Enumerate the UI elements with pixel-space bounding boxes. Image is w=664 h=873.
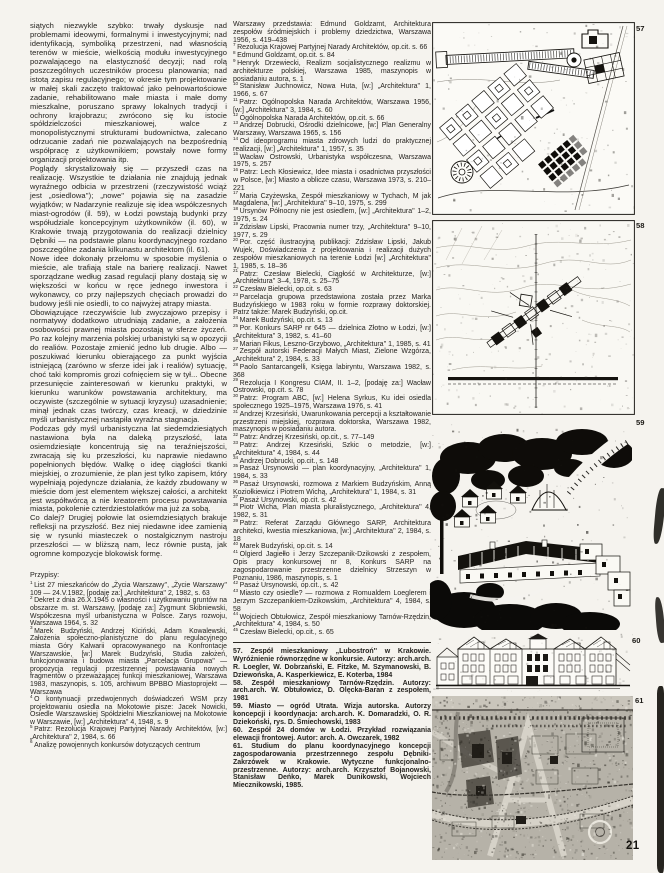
footnote-item: 20Por. część ilustracyjną publikacji: Zd… xyxy=(233,239,431,270)
footnote-item: 4O kontynuacji przedwojennych doświadcze… xyxy=(30,696,227,726)
figure-58-label: 58 xyxy=(636,221,644,230)
footnote-text: Ursynów Północny nie jest osiedlem, [w:]… xyxy=(233,208,431,223)
footnote-number: 20 xyxy=(233,237,238,242)
figure-61-image xyxy=(432,696,633,860)
journal-page: siątych niezwykle szybko: trwały dyskusj… xyxy=(0,0,664,873)
footnote-text: Patrz: Program ABC, [w:] Helena Syrkus, … xyxy=(233,395,431,410)
footnote-text: Paolo Santarcangelli, Księga labiryntu, … xyxy=(233,364,431,379)
paragraph: Co dalej? Drugiej połowie lat osiemdzies… xyxy=(30,514,227,559)
footnote-item: 13Andrzej Dobrucki, Ośrodki dzielnicowe,… xyxy=(233,122,431,138)
footnote-item: 8Edmund Goldzamt, op.cit. s. 84 xyxy=(233,52,431,60)
footnote-text: Maria Czyżewska, Zespół mieszkaniowy w T… xyxy=(233,193,431,208)
footnote-number: 8 xyxy=(233,50,236,55)
footnote-item: 38Piotr Wicha, Plan miasta pluralistyczn… xyxy=(233,504,431,520)
footnote-item: 36Pasaż Ursynowski, rozmowa z Markiem Bu… xyxy=(233,481,431,497)
footnote-text: Edmund Goldzamt, op.cit. s. 84 xyxy=(237,52,335,59)
footnote-number: 4 xyxy=(30,694,33,699)
figure-captions: 57. Zespół mieszkaniowy „Lubostroń'' w K… xyxy=(233,648,431,790)
footnote-item: 31Andrzej Krzesiński, Uwarunkowania perc… xyxy=(233,411,431,434)
footnote-item: 35Pasaż Ursynowski — plan koordynacyjny,… xyxy=(233,465,431,481)
footnote-text: Pasaż Ursynowski, rozmowa z Markiem Budz… xyxy=(233,481,431,496)
caption-item: 61. Studium do planu koordynacyjnego kon… xyxy=(233,743,431,790)
footnote-number: 2 xyxy=(30,595,33,600)
figure-59-image xyxy=(430,424,632,630)
footnote-number: 32 xyxy=(233,432,238,437)
article-body: siątych niezwykle szybko: trwały dyskusj… xyxy=(30,22,227,559)
footnote-text: Pasaż Ursynowski, op.cit. s. 42 xyxy=(240,497,337,504)
footnote-text: Patrz: Andrzej Krzesiński, op.cit., s. 7… xyxy=(240,434,375,441)
footnote-number: 19 xyxy=(233,221,238,226)
footnote-text: Patrz: Czesław Bielecki, Ciągłość w Arch… xyxy=(233,271,431,286)
footnote-item: 16Patrz: Lech Kłosiewicz, Idee miasta i … xyxy=(233,169,431,192)
footnote-text: Marek Budzyński, Andrzej Kiciński, Adam … xyxy=(30,628,227,696)
footnote-number: 14 xyxy=(233,136,238,141)
figure-59 xyxy=(430,424,632,630)
figure-61 xyxy=(432,696,633,860)
paragraph: Nowe idee dokonały przełomu w sposobie m… xyxy=(30,255,227,309)
caption-text: Miasto — ogród Utrata. Wizja autorska. A… xyxy=(233,703,431,726)
footnote-item: 19Zdzisław Lipski, Pracownia numer trzy,… xyxy=(233,224,431,240)
paragraph: Obowiązujące rzeczywiście lub zwyczajowo… xyxy=(30,309,227,425)
paragraph: Poglądy skrystalizowały się — przyszedł … xyxy=(30,165,227,255)
footnote-item: 41Olgierd Jagiełło i Jerzy Szczepanik-Dz… xyxy=(233,551,431,582)
caption-item: 60. Zespół 24 domów w Łodzi. Przykład ro… xyxy=(233,727,431,743)
footnote-text: Zespół autorski Federacji Małych Miast, … xyxy=(233,348,431,363)
caption-number: 59. xyxy=(233,703,243,710)
footnote-item: 27Zespół autorski Federacji Małych Miast… xyxy=(233,348,431,364)
footnote-number: 16 xyxy=(233,167,238,172)
paragraph: siątych niezwykle szybko: trwały dyskusj… xyxy=(30,22,227,165)
middle-column: Warszawy przedstawia: Edmund Goldzamt, A… xyxy=(233,21,431,790)
footnote-text: Olgierd Jagiełło i Jerzy Szczepanik-Dzik… xyxy=(233,551,431,581)
figure-57-label: 57 xyxy=(636,24,644,33)
figure-59-label: 59 xyxy=(636,418,644,427)
figure-57-image xyxy=(432,22,635,215)
footnote-number: 37 xyxy=(233,494,238,499)
footnote-number: 38 xyxy=(233,502,238,507)
footnote-text: Piotr Wicha, Plan miasta pluralistyczneg… xyxy=(233,504,431,519)
footnote-text: Czesław Bielecki, op.cit. s. 63 xyxy=(240,286,332,293)
footnote-number: 34 xyxy=(233,455,238,460)
footnote-item: 28Paolo Santarcangelli, Księga labiryntu… xyxy=(233,364,431,380)
footnote-item: 25Por. Konkurs SARP nr 645 — dzielnica Z… xyxy=(233,325,431,341)
footnote-text: Rezolucja I Kongresu CIAM, II. 1–2, [pod… xyxy=(233,380,431,395)
footnote-number: 23 xyxy=(233,292,238,297)
footnote-number: 42 xyxy=(233,580,238,585)
footnote-number: 22 xyxy=(233,284,238,289)
footnote-text: Od ideoprogramu miasta zdrowych ludzi do… xyxy=(233,138,431,153)
footnote-number: 5 xyxy=(30,724,33,729)
footnote-text: Marian Fikus, Leszno-Grzybowo, „Architek… xyxy=(240,341,431,348)
footnote-item: 39Patrz: Referat Zarządu Głównego SARP, … xyxy=(233,520,431,543)
page-number: 21 xyxy=(626,840,640,852)
caption-divider xyxy=(233,642,431,643)
caption-item: 58. Zespół mieszkaniowy Tarnów-Rzędzin. … xyxy=(233,680,431,704)
footnote-text: Ogólnopolska Narada Architektów, op.cit.… xyxy=(240,115,385,122)
caption-number: 60. xyxy=(233,727,243,734)
footnote-item: 10Stanisław Juchnowicz, Nowa Huta, [w:] … xyxy=(233,83,431,99)
footnote-item: 17Maria Czyżewska, Zespół mieszkaniowy w… xyxy=(233,193,431,209)
footnote-text: Patrz: Referat Zarządu Głównego SARP, Ar… xyxy=(233,520,431,543)
footnote-number: 45 xyxy=(233,627,238,632)
figure-58 xyxy=(432,220,635,415)
footnote-item: 11Patrz: Ogólnopolska Narada Architektów… xyxy=(233,99,431,115)
footnote-item: 21Patrz: Czesław Bielecki, Ciągłość w Ar… xyxy=(233,271,431,287)
footnote-number: 18 xyxy=(233,206,238,211)
footnote-number: 21 xyxy=(233,268,238,273)
figure-61-label: 61 xyxy=(635,696,643,705)
figure-60-image xyxy=(432,633,633,692)
footnote-text: Por. część ilustracyjną publikacji: Zdzi… xyxy=(233,239,431,269)
footnote-number: 9 xyxy=(233,58,236,63)
footnote-text: Zdzisław Lipski, Pracownia numer trzy, „… xyxy=(233,224,431,239)
footnote-number: 41 xyxy=(233,549,238,554)
footnote-item: 22Czesław Bielecki, op.cit. s. 63 xyxy=(233,286,431,294)
footnote-item: 30Patrz: Program ABC, [w:] Helena Syrkus… xyxy=(233,395,431,411)
footnote-text: Rezolucja Krajowej Partyjnej Narady Arch… xyxy=(237,44,427,51)
footnote-item: 45Czesław Bielecki, op.cit., s. 65 xyxy=(233,629,431,637)
footnote-text: Marek Budzyński, op.cit. s. 14 xyxy=(240,543,333,550)
footnote-text: Analizę powojennych konkursów dotyczącyc… xyxy=(34,742,200,749)
left-column: siątych niezwykle szybko: trwały dyskusj… xyxy=(30,22,227,749)
caption-item: 57. Zespół mieszkaniowy „Lubostroń'' w K… xyxy=(233,648,431,680)
footnote-number: 12 xyxy=(233,112,238,117)
footnote-number: 1 xyxy=(30,580,33,585)
footnote-item: 15Wacław Ostrowski, Urbanistyka współcze… xyxy=(233,154,431,170)
caption-number: 57. xyxy=(233,648,243,655)
caption-number: 61. xyxy=(233,743,243,750)
footnote-number: 10 xyxy=(233,81,238,86)
footnote-number: 6 xyxy=(30,739,33,744)
footnote-text: Andrzej Dobrucki, op.cit., s. 148 xyxy=(240,458,339,465)
footnote-text: Miasto czy osiedle? — rozmowa z Romualde… xyxy=(233,590,431,613)
footnote-item: 14Od ideoprogramu miasta zdrowych ludzi … xyxy=(233,138,431,154)
footnote-number: 26 xyxy=(233,338,238,343)
footnotes-middle: 7Rezolucja Krajowej Partyjnej Narady Arc… xyxy=(233,44,431,637)
footnote-text: O kontynuacji przedwojennych doświadczeń… xyxy=(30,696,227,726)
footnote-number: 39 xyxy=(233,518,238,523)
caption-text: Zespół mieszkaniowy Tarnów-Rzędzin. Auto… xyxy=(233,680,431,703)
footnote-item: 5Patrz: Rezolucja Krajowej Partyjnej Nar… xyxy=(30,726,227,741)
footnote-number: 40 xyxy=(233,541,238,546)
caption-item: 59. Miasto — ogród Utrata. Wizja autorsk… xyxy=(233,703,431,727)
footnote-text: Wacław Ostrowski, Urbanistyka współczesn… xyxy=(233,154,431,169)
footnote-number: 31 xyxy=(233,409,238,414)
footnote-text: Pasaż Ursynowski — plan koordynacyjny, „… xyxy=(233,465,431,480)
footnote-text: Parcelacja grupowa przedstawiona została… xyxy=(233,294,431,317)
footnote-number: 30 xyxy=(233,393,238,398)
footnote-text: Andrzej Krzesiński, Uwarunkowania percep… xyxy=(233,411,431,434)
footnote-number: 29 xyxy=(233,377,238,382)
footnote-text: Pasaż Ursynowski, op.cit., s. 42 xyxy=(240,582,339,589)
footnote-item: 23Parcelacja grupowa przedstawiona zosta… xyxy=(233,294,431,317)
footnote-item: 32Patrz: Andrzej Krzesiński, op.cit., s.… xyxy=(233,434,431,442)
footnote-item: 18Ursynów Północny nie jest osiedlem, [w… xyxy=(233,208,431,224)
footnote-number: 43 xyxy=(233,588,238,593)
footnote-text: Patrz: Lech Kłosiewicz, Idee miasta i os… xyxy=(233,169,431,192)
footnote-text: Wojciech Obtułowicz, Zespół mieszkaniowy… xyxy=(233,614,431,629)
caption-number: 58. xyxy=(233,680,243,687)
footnote-number: 25 xyxy=(233,323,238,328)
footnote-item: 3Marek Budzyński, Andrzej Kiciński, Adam… xyxy=(30,628,227,696)
footnote-item: 9Henryk Drzewiecki, Realizm socjalistycz… xyxy=(233,60,431,83)
footnote-number: 33 xyxy=(233,440,238,445)
footnote-item: 29Rezolucja I Kongresu CIAM, II. 1–2, [p… xyxy=(233,380,431,396)
footnote-number: 11 xyxy=(233,97,238,102)
footnote-text: Czesław Bielecki, op.cit., s. 65 xyxy=(240,629,334,636)
caption-text: Zespół mieszkaniowy „Lubostroń'' w Krako… xyxy=(233,648,431,679)
footnote-item: 33Patrz: Andrzej Krzesiński, Szkic o met… xyxy=(233,442,431,458)
footnote-item: 42Pasaż Ursynowski, op.cit., s. 42 xyxy=(233,582,431,590)
footnote-number: 13 xyxy=(233,120,238,125)
footnote-continuation: Warszawy przedstawia: Edmund Goldzamt, A… xyxy=(233,21,431,44)
footnote-text: Marek Budzyński, op.cit. s. 13 xyxy=(240,317,333,324)
footnotes-heading: Przypisy: xyxy=(30,570,227,579)
footnote-text: Henryk Drzewiecki, Realizm socjalistyczn… xyxy=(233,60,431,83)
footnote-item: 1List 27 mieszkańców do „Życia Warszawy'… xyxy=(30,582,227,597)
footnote-item: 2Dekret z dnia 26.X.1945 o własności i u… xyxy=(30,597,227,627)
footnote-text: Patrz: Rezolucja Krajowej Partyjnej Nara… xyxy=(30,726,227,741)
paragraph: Podczas gdy myśl urbanistyczna lat siede… xyxy=(30,425,227,515)
figure-60-label: 60 xyxy=(632,636,640,645)
footnote-item: 44Wojciech Obtułowicz, Zespół mieszkanio… xyxy=(233,614,431,630)
figure-60 xyxy=(432,633,633,692)
figure-57 xyxy=(432,22,635,215)
footnote-item: 6Analizę powojennych konkursów dotyczący… xyxy=(30,742,227,750)
footnote-number: 44 xyxy=(233,611,238,616)
footnote-number: 7 xyxy=(233,42,236,47)
footnotes-left: 1List 27 mieszkańców do „Życia Warszawy'… xyxy=(30,582,227,749)
footnote-number: 36 xyxy=(233,479,238,484)
footnote-text: Patrz: Ogólnopolska Narada Architektów, … xyxy=(233,99,431,114)
caption-text: Studium do planu koordynacyjnego koncepc… xyxy=(233,743,431,790)
footnote-item: 24Marek Budzyński, op.cit. s. 13 xyxy=(233,317,431,325)
footnote-text: List 27 mieszkańców do „Życia Warszawy''… xyxy=(30,582,227,597)
footnote-text: Andrzej Dobrucki, Ośrodki dzielnicowe, [… xyxy=(233,122,431,137)
footnote-number: 35 xyxy=(233,463,238,468)
figure-58-image xyxy=(432,220,635,415)
footnote-number: 17 xyxy=(233,190,238,195)
scan-artifact xyxy=(657,686,664,873)
footnote-number: 15 xyxy=(233,151,238,156)
footnote-text: Patrz: Andrzej Krzesiński, Szkic o metod… xyxy=(233,442,431,457)
footnote-item: 43Miasto czy osiedle? — rozmowa z Romual… xyxy=(233,590,431,613)
figures-column xyxy=(432,0,664,873)
footnote-number: 27 xyxy=(233,346,238,351)
footnote-number: 24 xyxy=(233,315,238,320)
footnote-number: 3 xyxy=(30,625,33,630)
footnote-number: 28 xyxy=(233,362,238,367)
caption-text: Zespół 24 domów w Łodzi. Przykład rozwią… xyxy=(233,727,431,742)
footnote-text: Dekret z dnia 26.X.1945 o własności i uż… xyxy=(30,597,227,627)
footnote-text: Por. Konkurs SARP nr 645 — dzielnica Zło… xyxy=(233,325,431,340)
footnote-text: Stanisław Juchnowicz, Nowa Huta, [w:] „A… xyxy=(233,83,431,98)
